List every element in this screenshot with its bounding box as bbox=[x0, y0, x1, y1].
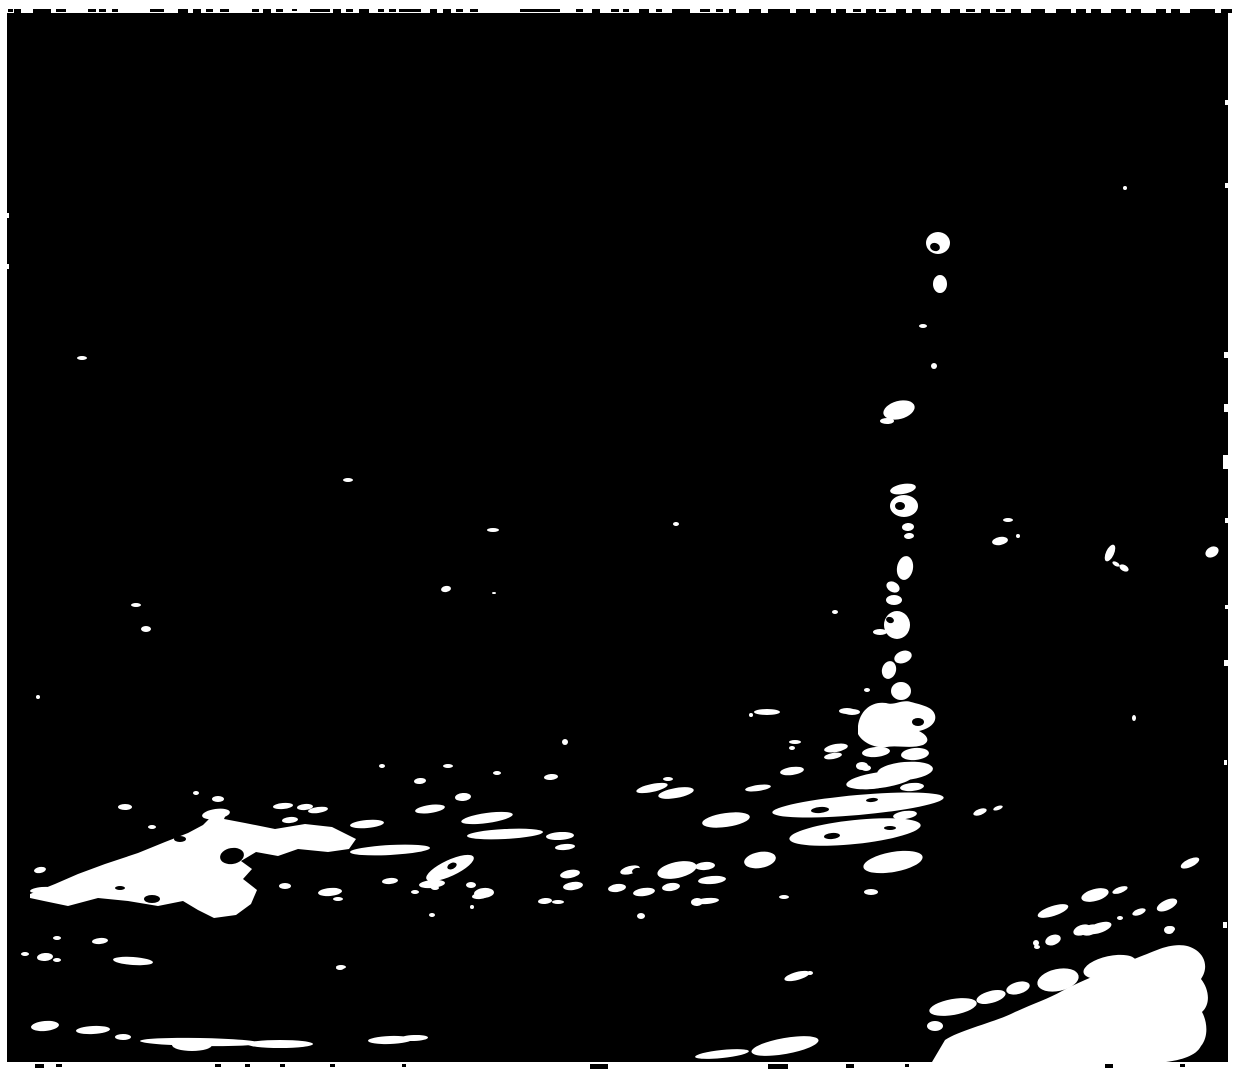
edge-tick bbox=[1105, 1064, 1113, 1068]
edge-tick bbox=[402, 1064, 406, 1067]
blob bbox=[144, 895, 160, 903]
binarized-photo-figure bbox=[0, 0, 1240, 1076]
edge-notch bbox=[1223, 922, 1227, 928]
edge-dash bbox=[749, 9, 761, 13]
edge-dash bbox=[430, 9, 437, 13]
blob bbox=[141, 626, 151, 632]
blob bbox=[864, 889, 878, 895]
blob bbox=[873, 629, 887, 635]
blob bbox=[148, 825, 156, 829]
blob bbox=[880, 418, 894, 424]
blob bbox=[864, 688, 870, 692]
blob bbox=[115, 1034, 131, 1040]
edge-dash bbox=[1131, 9, 1141, 13]
edge-dash bbox=[220, 9, 229, 12]
edge-dash bbox=[263, 9, 271, 13]
edge-dash bbox=[389, 9, 396, 12]
edge-tick bbox=[245, 1064, 250, 1067]
edge-tick bbox=[330, 1064, 335, 1067]
edge-dash bbox=[1171, 9, 1180, 13]
blob bbox=[118, 804, 132, 810]
blob bbox=[1033, 940, 1039, 946]
edge-dash bbox=[150, 9, 164, 12]
blob bbox=[673, 522, 679, 526]
blob bbox=[212, 796, 224, 802]
edge-notch bbox=[1225, 605, 1228, 609]
edge-dash bbox=[378, 9, 384, 12]
blob bbox=[749, 713, 753, 717]
blob bbox=[443, 764, 453, 768]
blob bbox=[343, 478, 353, 482]
edge-tick bbox=[768, 1064, 788, 1069]
edge-dash bbox=[1076, 9, 1086, 13]
edge-tick bbox=[846, 1064, 854, 1068]
edge-dash bbox=[879, 9, 886, 12]
edge-notch bbox=[1225, 183, 1228, 188]
edge-tick bbox=[905, 1064, 909, 1067]
edge-notch bbox=[1225, 100, 1228, 105]
edge-dash bbox=[966, 9, 975, 12]
blob bbox=[919, 324, 927, 328]
edge-dash bbox=[1190, 9, 1215, 14]
edge-dash bbox=[1091, 9, 1101, 13]
blob bbox=[333, 897, 343, 901]
blob bbox=[487, 528, 499, 532]
edge-dash bbox=[1011, 9, 1021, 13]
edge-dash bbox=[981, 9, 990, 13]
edge-dash bbox=[99, 9, 106, 12]
edge-dash bbox=[178, 9, 188, 13]
edge-dash bbox=[796, 9, 810, 13]
blob bbox=[927, 1021, 943, 1031]
edge-notch bbox=[7, 264, 9, 269]
edge-dash bbox=[1031, 9, 1045, 14]
edge-dash bbox=[8, 9, 13, 12]
blob bbox=[174, 836, 186, 842]
edge-dash bbox=[310, 9, 330, 12]
edge-tick bbox=[590, 1064, 608, 1069]
blob-path bbox=[858, 701, 935, 747]
edge-dash bbox=[193, 9, 201, 13]
blob bbox=[884, 826, 896, 830]
edge-dash bbox=[931, 9, 941, 14]
edge-dash bbox=[33, 9, 51, 14]
edge-dash bbox=[950, 9, 960, 13]
blob bbox=[411, 890, 419, 894]
blob bbox=[36, 695, 40, 699]
blob bbox=[789, 746, 795, 750]
edge-dash bbox=[56, 9, 66, 12]
edge-dash bbox=[1056, 9, 1071, 14]
blob bbox=[552, 900, 564, 904]
edge-dash bbox=[14, 9, 21, 13]
edge-notch bbox=[7, 213, 9, 218]
edge-dash bbox=[206, 9, 213, 12]
blob bbox=[53, 936, 61, 940]
edge-dash bbox=[853, 9, 861, 12]
edge-notch bbox=[1224, 404, 1228, 412]
blob bbox=[895, 502, 905, 510]
edge-dash bbox=[292, 9, 297, 11]
edge-dash bbox=[520, 9, 560, 12]
blob bbox=[789, 740, 801, 744]
edge-dash bbox=[359, 9, 369, 13]
edge-dash bbox=[912, 9, 921, 13]
blob bbox=[1164, 926, 1174, 934]
blob bbox=[912, 718, 924, 726]
blob bbox=[779, 895, 789, 899]
edge-dash bbox=[896, 9, 906, 13]
blob bbox=[247, 1040, 313, 1048]
blob bbox=[1123, 186, 1127, 190]
edge-dash bbox=[1156, 9, 1166, 13]
edge-tick bbox=[56, 1064, 62, 1067]
edge-dash bbox=[88, 9, 96, 12]
blob bbox=[891, 682, 911, 700]
edge-dash bbox=[470, 9, 478, 12]
edge-dash bbox=[623, 9, 629, 12]
edge-dash bbox=[252, 9, 259, 12]
edge-dash bbox=[700, 9, 710, 12]
edge-dash bbox=[672, 9, 690, 13]
edge-dash bbox=[866, 9, 876, 13]
blob bbox=[131, 603, 141, 607]
blob bbox=[754, 709, 780, 715]
edge-dash bbox=[1221, 9, 1232, 13]
blob bbox=[493, 771, 501, 775]
edge-dash bbox=[611, 9, 619, 12]
blob bbox=[336, 966, 344, 970]
edge-dash bbox=[443, 9, 451, 13]
edge-dash bbox=[576, 9, 583, 12]
photo-canvas bbox=[0, 0, 1240, 1076]
edge-tick bbox=[35, 1064, 44, 1068]
edge-dash bbox=[639, 9, 649, 13]
blob bbox=[832, 610, 838, 614]
blob bbox=[379, 764, 385, 768]
edge-tick bbox=[1180, 1064, 1185, 1067]
edge-dash bbox=[592, 9, 600, 13]
edge-tick bbox=[280, 1064, 285, 1067]
edge-dash bbox=[346, 9, 353, 12]
blob bbox=[886, 595, 902, 605]
edge-dash bbox=[768, 9, 790, 14]
blob bbox=[1117, 916, 1123, 920]
page bbox=[0, 0, 1240, 1076]
blob bbox=[53, 958, 61, 962]
edge-dash bbox=[729, 9, 736, 13]
edge-dash bbox=[816, 9, 831, 14]
blob bbox=[663, 777, 673, 781]
blob bbox=[492, 592, 496, 594]
edge-notch bbox=[1224, 352, 1228, 358]
blob bbox=[21, 952, 29, 956]
blob bbox=[77, 356, 87, 360]
blob bbox=[926, 232, 950, 254]
edge-dash bbox=[456, 9, 463, 12]
blob bbox=[466, 882, 476, 888]
blob bbox=[1016, 534, 1020, 538]
blob bbox=[172, 1039, 212, 1051]
blob bbox=[856, 762, 868, 770]
blob bbox=[931, 363, 937, 369]
blob bbox=[115, 886, 125, 890]
blob bbox=[1132, 715, 1136, 721]
edge-dash bbox=[399, 9, 421, 12]
blob bbox=[470, 905, 474, 909]
blob bbox=[562, 739, 568, 745]
blob bbox=[933, 275, 947, 293]
blob bbox=[193, 791, 199, 795]
edge-tick bbox=[215, 1064, 221, 1067]
edge-dash bbox=[276, 9, 283, 12]
edge-notch bbox=[1225, 518, 1229, 523]
edge-dash bbox=[836, 9, 846, 13]
blob bbox=[1003, 518, 1013, 522]
edge-dash bbox=[333, 9, 341, 13]
blob bbox=[429, 913, 435, 917]
edge-notch bbox=[1224, 660, 1228, 666]
edge-dash bbox=[716, 9, 723, 12]
blob bbox=[637, 913, 645, 919]
blob bbox=[844, 709, 860, 715]
blob bbox=[807, 971, 813, 975]
edge-notch bbox=[1224, 760, 1227, 765]
edge-notch bbox=[1223, 455, 1228, 469]
edge-dash bbox=[996, 9, 1005, 12]
edge-dash bbox=[112, 9, 118, 12]
blob bbox=[279, 883, 291, 889]
edge-dash bbox=[1111, 9, 1126, 14]
blob bbox=[884, 611, 910, 639]
edge-dash bbox=[656, 9, 662, 12]
